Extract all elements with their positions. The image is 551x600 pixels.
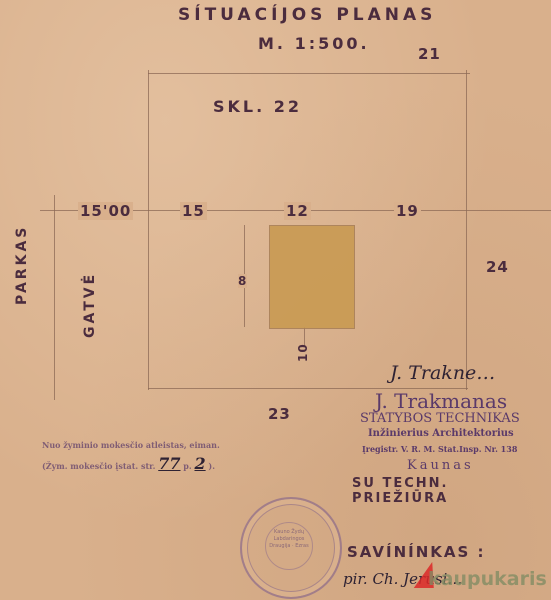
- label-park: PARKAS: [14, 225, 30, 305]
- architect-city: Kaunas: [407, 458, 474, 473]
- dim-setback-left: 15: [180, 202, 207, 220]
- parcel-south: 23: [268, 405, 291, 423]
- fee-note-prefix: (Žym. mokesčio įstat. str.: [42, 461, 155, 471]
- fee-note-article: 77: [158, 454, 180, 473]
- fee-note-p-label: p.: [183, 461, 191, 471]
- plan-scale: M. 1:500.: [258, 34, 370, 53]
- fee-note-paragraph: 2: [194, 454, 205, 473]
- architect-subtitle: Inžinierius Architektorius: [368, 428, 514, 439]
- dim-setback-rear: 10: [296, 343, 310, 362]
- architect-title: STATYBOS TECHNIKAS: [360, 411, 520, 426]
- plan-title: SÍTUACÍJOS PLANAS: [178, 5, 436, 25]
- street-edge-line: [54, 195, 55, 400]
- watermark-text: kaupukaris: [428, 568, 547, 590]
- dim-building-width: 12: [284, 202, 311, 220]
- dim-setback-right: 19: [394, 202, 421, 220]
- dim-building-depth: 8: [238, 274, 247, 288]
- fee-note-suffix: ).: [208, 461, 215, 471]
- seal-inner-text: Kauno Žydų Labdaringos Draugija · Ezras: [265, 522, 313, 570]
- architect-signature: J. Trakne…: [390, 362, 495, 384]
- architect-name: J. Trakmanas: [375, 389, 507, 413]
- boundary-right: [466, 70, 467, 390]
- owner-label: SAVÍNÍNKAS :: [347, 543, 486, 561]
- label-street: GATVĖ: [82, 272, 98, 338]
- architect-registration: Įregistr. V. R. M. Stat.Insp. Nr. 138: [362, 444, 517, 454]
- parcel-north: 21: [418, 45, 441, 63]
- fee-note-line1: Nuo žyminio mokesčio atleistas, eiman.: [42, 440, 220, 450]
- boundary-top: [148, 73, 470, 74]
- building-footprint: [269, 225, 355, 329]
- supervision-note: SU TECHN. PRIEŽIŪRA: [352, 476, 551, 506]
- dim-street-width: 15'00: [78, 202, 133, 220]
- boundary-left: [148, 70, 149, 390]
- parcel-east: 24: [486, 258, 509, 276]
- fee-note-line2: (Žym. mokesčio įstat. str. 77 p. 2 ).: [42, 454, 215, 473]
- parcel-main: SKL. 22: [213, 97, 302, 116]
